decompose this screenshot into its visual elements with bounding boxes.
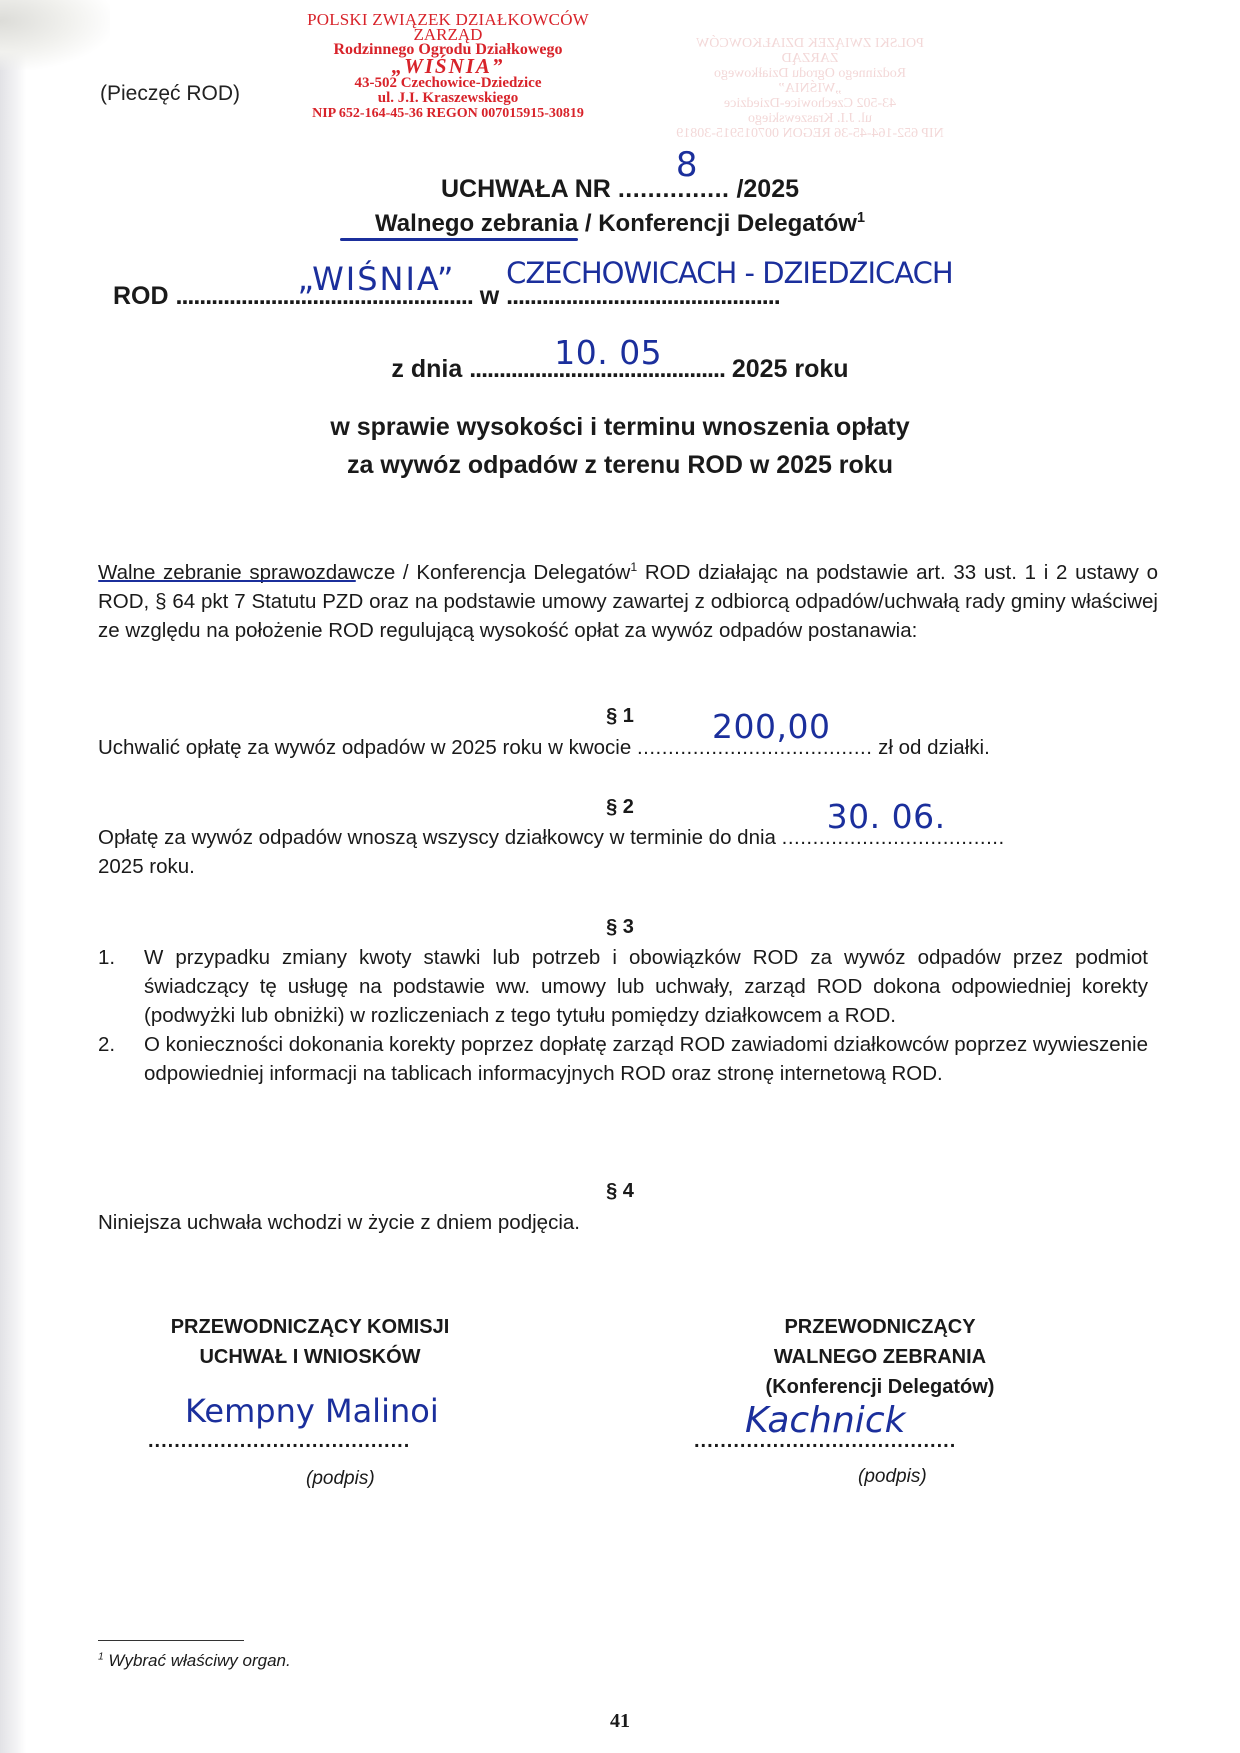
organ-option-general-meeting: Walnego zebrania: [375, 210, 578, 237]
rod-name-handwritten: „WIŚNIA”: [298, 260, 456, 298]
footnote-divider: [98, 1640, 244, 1641]
signature-right-line: ........................................: [694, 1430, 956, 1453]
section-1-heading: § 1: [0, 705, 1240, 728]
organ-line: Walnego zebrania / Konferencji Delegatów…: [0, 210, 1240, 238]
section-3-heading: § 3: [0, 916, 1240, 939]
deadline-handwritten: 30. 06.: [827, 802, 946, 831]
section-2-text: Opłatę za wywóz odpadów wnoszą wszyscy d…: [98, 823, 1158, 881]
stamp-line: ZARZĄD: [258, 27, 638, 42]
rod-stamp: POLSKI ZWIĄZEK DZIAŁKOWCÓW ZARZĄD Rodzin…: [258, 12, 638, 121]
stamp-line: „WIŚNIA”: [258, 57, 638, 76]
scan-page-corner: [0, 0, 110, 70]
signature-left-caption: (podpis): [306, 1468, 375, 1490]
signature-right-title: PRZEWODNICZĄCY WALNEGO ZEBRANIA (Konfere…: [720, 1312, 1040, 1402]
date-handwritten: 10. 05: [554, 333, 662, 372]
signature-left: PRZEWODNICZĄCY KOMISJI UCHWAŁ I WNIOSKÓW: [140, 1312, 480, 1372]
handwritten-underline: [340, 238, 578, 241]
resolution-title: UCHWAŁA NR ...............8 /2025: [0, 175, 1240, 204]
rod-name-line: ROD ....................................…: [113, 282, 780, 311]
stamp-label: (Pieczęć ROD): [100, 82, 240, 106]
preamble: Walne zebranie sprawozdawcze / Konferenc…: [98, 553, 1158, 645]
scan-page-edge: [0, 0, 26, 1753]
resolution-number-handwritten: 8: [676, 145, 698, 185]
signature-left-line: ........................................: [148, 1430, 410, 1453]
stamp-line: 43-502 Czechowice-Dziedzice: [258, 76, 638, 91]
section-2-heading: § 2: [0, 796, 1240, 819]
stamp-line: ul. J.I. Kraszewskiego: [258, 91, 638, 106]
date-line: z dnia .................................…: [0, 355, 1240, 384]
signature-left-title: PRZEWODNICZĄCY KOMISJI UCHWAŁ I WNIOSKÓW: [140, 1312, 480, 1372]
section-4-text: Niniejsza uchwała wchodzi w życie z dnie…: [98, 1208, 1158, 1237]
subject-line-1: w sprawie wysokości i terminu wnoszenia …: [0, 413, 1240, 442]
page-number: 41: [0, 1710, 1240, 1733]
section-4-heading: § 4: [0, 1180, 1240, 1203]
stamp-line: NIP 652-164-45-36 REGON 007015915-30819: [258, 106, 638, 121]
signature-right-caption: (podpis): [858, 1466, 927, 1488]
subject-line-2: za wywóz odpadów z terenu ROD w 2025 rok…: [0, 451, 1240, 480]
organ-option-delegates: Konferencji Delegatów: [598, 210, 857, 237]
fee-amount-handwritten: 200,00: [712, 712, 830, 741]
signature-left-handwritten: Kempny Malinoi: [185, 1392, 439, 1430]
section-3-list: 1. W przypadku zmiany kwoty stawki lub p…: [98, 943, 1148, 1088]
handwritten-underline: [98, 580, 356, 582]
signature-right: PRZEWODNICZĄCY WALNEGO ZEBRANIA (Konfere…: [720, 1312, 1040, 1402]
stamp-bleed-through: POLSKI ZWIĄZEK DZIAŁKOWCÓW ZARZĄD Rodzin…: [660, 36, 960, 141]
footnote: 1 Wybrać właściwy organ.: [98, 1651, 291, 1671]
rod-location-handwritten: CZECHOWICACH - DZIEDZICACH: [506, 256, 953, 290]
list-item: 1. W przypadku zmiany kwoty stawki lub p…: [98, 943, 1148, 1030]
list-item: 2. O konieczności dokonania korekty popr…: [98, 1030, 1148, 1088]
section-1-text: Uchwalić opłatę za wywóz odpadów w 2025 …: [98, 733, 1158, 762]
